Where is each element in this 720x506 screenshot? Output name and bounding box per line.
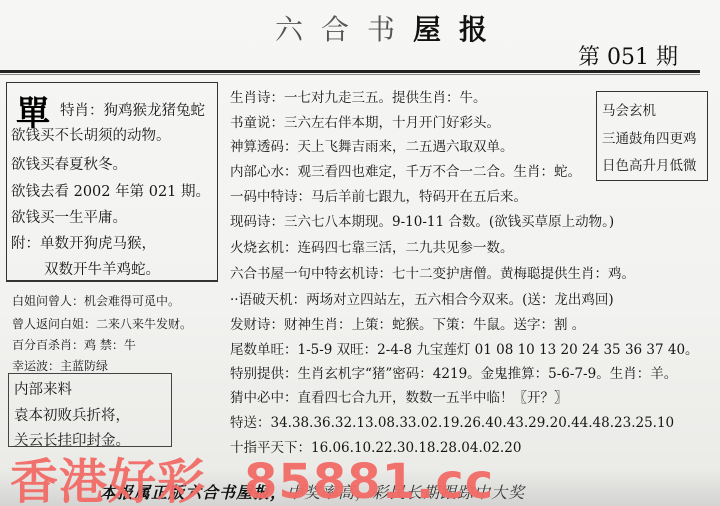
main-line-current-code: 现码诗：三六七八本期现。9-10-11 合数。(欲钱买草原上动物。) bbox=[230, 210, 614, 230]
inner-box-line: 袁本初败兵折将， bbox=[14, 404, 130, 425]
note-line: 曾人返问白姐：二来八来牛发财。 bbox=[12, 315, 192, 332]
inner-box-title: 内部来料 bbox=[14, 378, 72, 399]
main-line-tail-numbers: 尾数单旺：1-5-9 双旺：2-4-8 九宝莲灯 01 08 10 13 20 … bbox=[230, 338, 699, 358]
left-line: 欲钱买春夏秋冬。 bbox=[11, 153, 127, 174]
main-line-break-heaven: ··语破天机：两场对立四站左，五六相合今双来。(送：龙出鸡回) bbox=[230, 288, 614, 308]
masthead: 六合书屋报 第 051 期 bbox=[0, 0, 720, 70]
newspaper-page: 六合书屋报 第 051 期 單 特肖：狗鸡猴龙猪兔蛇 欲钱买不长胡须的动物。 欲… bbox=[0, 0, 720, 506]
masthead-rule-thin bbox=[0, 74, 700, 75]
watermark-brand: 香港好彩 bbox=[10, 454, 206, 506]
main-line-fire-mystery: 火烧玄机：连码四七靠三活，二九共见参一数。 bbox=[230, 236, 514, 256]
main-line-book-boy: 书童说：三六左右伴本期，十月开门好彩头。 bbox=[230, 111, 500, 131]
main-line-special-send: 特送：34.38.36.32.13.08.33.02.19.26.40.43.2… bbox=[230, 411, 674, 431]
note-line: 幸运波：主蓝防绿 bbox=[12, 357, 108, 374]
left-line: 附：单数开狗虎马猴， bbox=[11, 232, 156, 253]
title-dark: 屋报 bbox=[413, 13, 505, 46]
masthead-rule bbox=[0, 70, 700, 73]
main-line-one-sentence: 六合书屋一句中特玄机诗：七十二变护唐僧。黄梅聪提供生肖：鸡。 bbox=[230, 262, 635, 282]
main-line-zodiac-poem: 生肖诗：一七对九走三五。提供生肖：牛。 bbox=[230, 86, 487, 106]
title-light: 六合书 bbox=[275, 13, 413, 46]
right-box-line: 日色高升月低微 bbox=[602, 154, 697, 174]
watermark-url: 85881.cc bbox=[244, 454, 494, 506]
right-box-line: 三通鼓角四更鸡 bbox=[602, 127, 697, 147]
left-line: 欲钱买不长胡须的动物。 bbox=[11, 124, 171, 145]
main-line-fortune-poem: 发财诗：财神生肖：上策：蛇猴。下策：牛鼠。送字：割 。 bbox=[230, 313, 585, 333]
main-line-divine-code: 神算透码：天上飞舞吉雨来，二五遇六取双单。 bbox=[230, 135, 514, 155]
note-line: 白姐问曾人：机会难得可觅中。 bbox=[12, 292, 180, 309]
main-line-special-offer: 特别提供：生肖玄机字“猪”密码：4219。金鬼推算：5-6-7-9。生肖：羊。 bbox=[230, 362, 677, 382]
note-line: 百分百杀肖：鸡 禁：牛 bbox=[12, 336, 136, 353]
main-line-one-code: 一码中特诗：马后羊前七跟九，特码开在五后来。 bbox=[230, 185, 527, 205]
left-line: 双数开牛羊鸡蛇。 bbox=[44, 258, 160, 279]
main-line-guess: 猜中必中：直看四七合九开，数数一五半中临！〖开？〗 bbox=[230, 386, 568, 406]
left-line: 欲钱去看 2002 年第 021 期。 bbox=[11, 180, 210, 201]
right-box-title: 马会玄机 bbox=[602, 99, 656, 119]
masthead-title: 六合书屋报 bbox=[275, 8, 505, 48]
watermark: 香港好彩85881.cc bbox=[10, 443, 494, 506]
issue-number: 第 051 期 bbox=[578, 40, 678, 71]
left-line: 欲钱买一生平庸。 bbox=[11, 206, 127, 227]
special-zodiac-line: 特肖：狗鸡猴龙猪兔蛇 bbox=[60, 99, 205, 120]
main-line-inside-tip: 内部心水：观三看四也难定，千万不合一二合。生肖：蛇。 bbox=[230, 160, 581, 180]
